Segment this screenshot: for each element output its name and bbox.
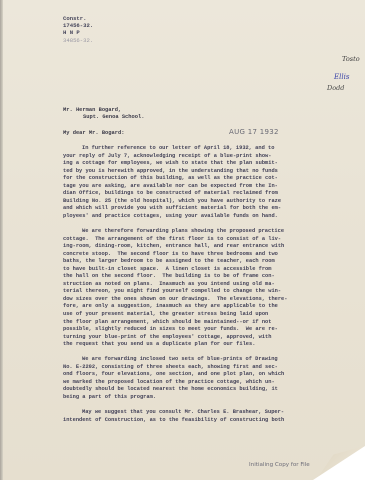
text-line: we marked the proposed location of the p…	[63, 379, 303, 387]
text-line: struction as noted on plans. Inasmuch as…	[63, 281, 303, 289]
paragraph: May we suggest that you consult Mr. Char…	[63, 409, 303, 424]
addressee-name: Mr. Herman Bogard,	[63, 107, 144, 114]
text-line: No. E-2202, consisting of three sheets e…	[63, 364, 303, 372]
text-line: possible, slightly reduced in sizes to m…	[63, 326, 303, 334]
text-line: intendent of Construction, as to the fea…	[63, 417, 303, 425]
text-line: ployees' and practice cottages, using yo…	[63, 213, 303, 221]
text-line: use of your present material, the greate…	[63, 311, 303, 319]
reference-line: 17456-32.	[63, 22, 93, 29]
text-line: baths, the larger bedroom to be assigned…	[63, 258, 303, 266]
text-line: dian Office, buildings to be constructed…	[63, 190, 303, 198]
text-line: the floor plan arrangement, which should…	[63, 319, 303, 327]
reference-line: H N P	[63, 29, 93, 36]
text-line: your reply of July 7, acknowledging rece…	[63, 153, 303, 161]
text-line: ing a cottage for employees, we wish to …	[63, 160, 303, 168]
text-line: We are forwarding inclosed two sets of b…	[63, 356, 303, 364]
text-line: the request that you send us a duplicate…	[63, 341, 303, 349]
reference-line: Constr.	[63, 15, 93, 22]
text-line: cottage. The arrangement of the first fl…	[63, 236, 303, 244]
handwritten-initial: Ellis	[334, 73, 349, 81]
addressee-block: Mr. Herman Bogard, Supt. Genoa School.	[63, 107, 144, 121]
letter-body: In further reference to our letter of Ap…	[63, 145, 303, 432]
text-line: ted by you is herewith approved, in the …	[63, 168, 303, 176]
reference-block: Constr. 17456-32. H N P 34856-32.	[63, 15, 93, 44]
text-line: fore, are only a suggestion, inasmuch as…	[63, 303, 303, 311]
text-line: terial thereon, you might find yourself …	[63, 288, 303, 296]
text-line: being a part of this program.	[63, 394, 303, 402]
paragraph: We are therefore forwarding plans showin…	[63, 228, 303, 349]
text-line: In further reference to our letter of Ap…	[63, 145, 303, 153]
text-line: turning your blue-print of the employees…	[63, 334, 303, 342]
handwritten-initial: Dodd	[327, 84, 344, 92]
reference-line: 34856-32.	[63, 37, 93, 44]
text-line: and which will provide you with sufficie…	[63, 205, 303, 213]
text-line: tage you are asking, are available nor c…	[63, 183, 303, 191]
text-line: dow sizes over the ones shown on our dra…	[63, 296, 303, 304]
text-line: ing-room, dining-room, kitchen, entrance…	[63, 243, 303, 251]
text-line: concrete stoop. The second floor is to h…	[63, 251, 303, 259]
text-line: doubtedly should be located nearest the …	[63, 386, 303, 394]
text-line: for the construction of this building, a…	[63, 175, 303, 183]
addressee-title: Supt. Genoa School.	[63, 114, 144, 121]
text-line: May we suggest that you consult Mr. Char…	[63, 409, 303, 417]
paragraph: In further reference to our letter of Ap…	[63, 145, 303, 220]
handwritten-initial: Tosto	[342, 55, 360, 63]
text-line: We are therefore forwarding plans showin…	[63, 228, 303, 236]
letter-page: Constr. 17456-32. H N P 34856-32. Tosto …	[0, 0, 365, 480]
text-line: ond floors, four elevations, one section…	[63, 371, 303, 379]
salutation: My dear Mr. Bogard:	[63, 130, 124, 136]
paragraph: We are forwarding inclosed two sets of b…	[63, 356, 303, 401]
date-stamp: AUG 17 1932	[229, 128, 279, 136]
text-line: to have built-in closet space. A linen c…	[63, 266, 303, 274]
text-line: the hall on the second floor. The buildi…	[63, 273, 303, 281]
text-line: Building No. 25 (the old hospital), whic…	[63, 198, 303, 206]
initialing-copy-note: Initialing Copy for File	[249, 462, 310, 468]
